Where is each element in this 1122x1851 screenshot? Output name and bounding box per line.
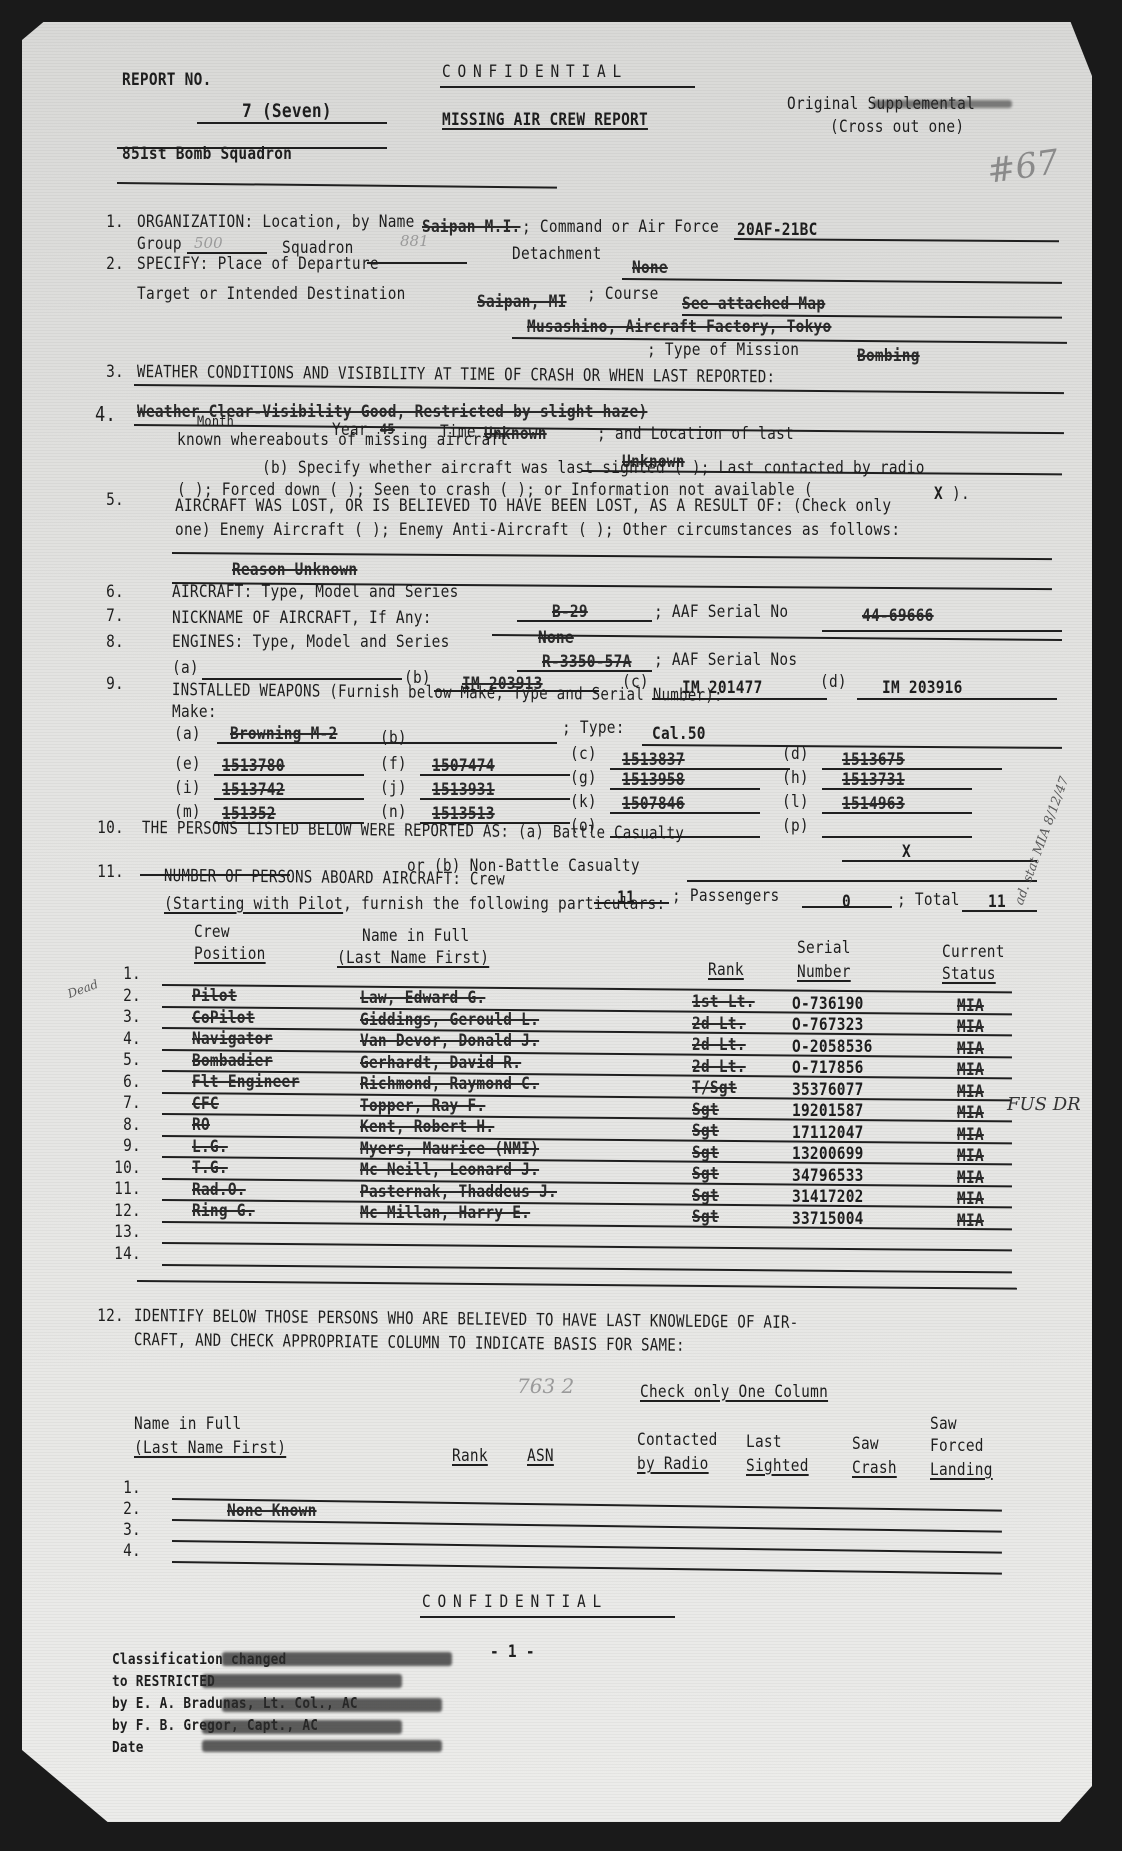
cause-line-1: AIRCRAFT WAS LOST, OR IS BELIEVED TO HAV… — [175, 496, 891, 516]
engines-label: ENGINES: Type, Model and Series — [172, 632, 450, 652]
stamp-line: to RESTRICTED — [112, 1672, 215, 1690]
weapon-serial: 1507474 — [432, 756, 495, 776]
col-position-1: Crew — [194, 922, 230, 942]
passengers-count: 0 — [842, 892, 851, 912]
section-number: 11. — [90, 862, 124, 882]
weapon-serial: 1513742 — [222, 780, 285, 800]
section-number: 3. — [90, 362, 124, 382]
crew-position: T.G. — [192, 1158, 228, 1178]
group-value: 500 — [194, 234, 223, 252]
persons-aboard-label: NUMBER OF PERSONS ABOARD AIRCRAFT: Crew — [164, 866, 505, 890]
footer-classification: CONFIDENTIAL — [422, 1592, 608, 1612]
section-number: 9. — [90, 674, 124, 694]
detachment-label: Detachment — [512, 244, 602, 264]
row-number: 14. — [107, 1244, 141, 1264]
row-number: 12. — [107, 1201, 141, 1221]
weapon-key-a: (a) — [174, 724, 201, 744]
crew-name: Mc Millan, Harry E. — [360, 1203, 530, 1223]
weapon-serial: 1513837 — [622, 750, 685, 770]
total-count: 11 — [988, 892, 1006, 912]
crew-position: RO — [192, 1115, 210, 1135]
col12-asn: ASN — [527, 1446, 554, 1466]
col-status-1: Current — [942, 942, 1005, 962]
identify-line-2: CRAFT, AND CHECK APPROPRIATE COLUMN TO I… — [134, 1330, 685, 1356]
weapon-key: (h) — [782, 768, 809, 788]
section-number: 1. — [90, 212, 124, 232]
crew-position: Flt Engineer — [192, 1072, 299, 1092]
weapon-key: (c) — [570, 744, 597, 764]
col-name-1: Name in Full — [362, 926, 469, 946]
detachment-value: None — [632, 258, 668, 278]
crew-name: Topper, Ray F. — [360, 1096, 485, 1116]
weapon-key: (i) — [174, 778, 201, 798]
row-number: 13. — [107, 1222, 141, 1242]
crew-rank: Sgt — [692, 1207, 719, 1227]
nickname-label: NICKNAME OF AIRCRAFT, If Any: — [172, 608, 432, 628]
crew-position: L.G. — [192, 1137, 228, 1157]
make-label: Make: — [172, 702, 217, 722]
squadron-value: 881 — [400, 232, 429, 250]
closing-paren: ). — [952, 484, 970, 504]
instruction-underlined: (Starting with Pilot — [164, 894, 343, 914]
crew-serial: 17112047 — [792, 1123, 864, 1143]
instruction-rest: , furnish the following particulars: — [343, 894, 665, 914]
crew-name: Myers, Maurice (NMI) — [360, 1139, 539, 1159]
check-one-column: Check only One Column — [640, 1382, 828, 1402]
organization-location: Saipan M.I. — [422, 217, 521, 237]
crew-rank: 2d Lt. — [692, 1035, 746, 1055]
col12-radio-1: Contacted — [637, 1430, 718, 1450]
cause-line-2: one) Enemy Aircraft ( ); Enemy Anti-Airc… — [175, 520, 900, 540]
section-number: 2. — [90, 254, 124, 274]
page-number: - 1 - — [490, 1642, 535, 1662]
weapon-key: (k) — [570, 792, 597, 812]
margin-note-row7: FUS DR — [1007, 1094, 1081, 1115]
header-classification: CONFIDENTIAL — [442, 62, 628, 82]
row-number: 2. — [107, 1499, 141, 1519]
crew-name: Richmond, Raymond C. — [360, 1074, 539, 1094]
total-label: ; Total — [897, 890, 960, 910]
engine-a-label: (a) — [172, 658, 199, 678]
section-number: 4. — [82, 402, 116, 426]
col12-rank: Rank — [452, 1446, 488, 1466]
course-label: ; Course — [587, 284, 659, 304]
cross-out-note: (Cross out one) — [830, 117, 964, 137]
row-number: 1. — [107, 1478, 141, 1498]
weapon-key: (d) — [782, 744, 809, 764]
crew-position: CoPilot — [192, 1008, 255, 1028]
crew-name: Mc Neill, Leonard J. — [360, 1160, 539, 1180]
info-not-available-check: X — [934, 484, 943, 504]
row-number: 5. — [107, 1050, 141, 1070]
passengers-label: ; Passengers — [672, 886, 779, 906]
weather-label: WEATHER CONDITIONS AND VISIBILITY AT TIM… — [137, 362, 775, 387]
margin-note-left: Dead — [66, 977, 100, 1001]
col12-crash-2: Crash — [852, 1458, 897, 1478]
weapon-serial: 1513780 — [222, 756, 285, 776]
weapon-serial: 1513675 — [842, 750, 905, 770]
crew-position: Navigator — [192, 1029, 273, 1049]
target-label: Target or Intended Destination — [137, 284, 406, 304]
weapon-serial: 1513931 — [432, 780, 495, 800]
col12-name-1: Name in Full — [134, 1414, 241, 1434]
stamp-line: Date — [112, 1738, 144, 1756]
crew-rank: 1st Lt. — [692, 992, 755, 1012]
nickname-value: None — [538, 628, 574, 648]
margin-note-status: ad. stat MIA 8/12/47 — [1012, 761, 1077, 907]
weapon-key: (f) — [380, 754, 407, 774]
weapon-serial: 1513731 — [842, 770, 905, 790]
row-number: 3. — [107, 1007, 141, 1027]
row-number: 4. — [107, 1029, 141, 1049]
departure-value: Saipan, MI — [477, 292, 567, 312]
weapon-key: (p) — [782, 816, 809, 836]
crew-serial: 33715004 — [792, 1209, 864, 1229]
weapon-key: (j) — [380, 778, 407, 798]
row-number: 3. — [107, 1520, 141, 1540]
weapon-make: Browning M-2 — [230, 724, 337, 744]
row-number: 1. — [107, 964, 141, 984]
weapon-key: (g) — [570, 768, 597, 788]
crew-name: Pasternak, Thaddeus J. — [360, 1182, 557, 1202]
cause-reason: Reason Unknown — [232, 560, 357, 580]
crew-name: Gerhardt, David R. — [360, 1053, 521, 1073]
crew-rank: Sgt — [692, 1121, 719, 1141]
weapon-type-label: ; Type: — [562, 718, 625, 738]
group-label: Group — [137, 234, 182, 254]
col12-crash-1: Saw — [852, 1434, 879, 1454]
crew-position: Bombadier — [192, 1051, 273, 1071]
crew-serial: O-2058536 — [792, 1037, 873, 1057]
casualty-label: THE PERSONS LISTED BELOW WERE REPORTED A… — [142, 818, 684, 844]
section-number: 7. — [90, 606, 124, 626]
col-name-2: (Last Name First) — [337, 948, 489, 968]
weapon-key: (n) — [380, 802, 407, 822]
pencil-note: 763 2 — [517, 1374, 574, 1398]
aircraft-type-value: B-29 — [552, 602, 588, 622]
section-number: 8. — [90, 632, 124, 652]
aircraft-type-label: AIRCRAFT: Type, Model and Series — [172, 582, 459, 602]
departure-label: SPECIFY: Place of Departure — [137, 254, 379, 274]
crew-rank: Sgt — [692, 1164, 719, 1184]
col12-sighted-2: Sighted — [746, 1456, 809, 1476]
row-number: 10. — [107, 1158, 141, 1178]
command-value: 20AF-21BC — [737, 220, 818, 240]
handwritten-number: #67 — [985, 142, 1062, 192]
battle-casualty-value: X — [902, 842, 911, 862]
crew-position: Pilot — [192, 986, 237, 1006]
report-no-label: REPORT NO. — [122, 70, 212, 90]
row-number: 4. — [107, 1541, 141, 1561]
row-number: 6. — [107, 1072, 141, 1092]
command-label: ; Command or Air Force — [522, 217, 719, 237]
crew-serial: 34796533 — [792, 1166, 864, 1186]
col-serial-2: Number — [797, 962, 851, 982]
target-value: Musashino, Aircraft Factory, Tokyo — [527, 317, 831, 337]
crew-serial: 35376077 — [792, 1080, 864, 1100]
col12-forced-3: Landing — [930, 1460, 993, 1480]
row-number: 7. — [107, 1093, 141, 1113]
col12-name-2: (Last Name First) — [134, 1438, 286, 1458]
engine-d-label: (d) — [820, 672, 847, 692]
unit-name: 851st Bomb Squadron — [122, 144, 292, 164]
section-number: 5. — [90, 490, 124, 510]
identify-line-1: IDENTIFY BELOW THOSE PERSONS WHO ARE BEL… — [134, 1306, 799, 1333]
col12-forced-2: Forced — [930, 1436, 984, 1456]
col12-radio-2: by Radio — [637, 1454, 709, 1474]
col-position-2: Position — [194, 944, 266, 964]
organization-label: ORGANIZATION: Location, by Name — [137, 212, 415, 232]
aircraft-serial-value: 44-69666 — [862, 606, 934, 626]
col12-forced-1: Saw — [930, 1414, 957, 1434]
month-label: Month — [197, 414, 234, 430]
row-number: 2. — [107, 986, 141, 1006]
weapon-key: (e) — [174, 754, 201, 774]
row-number: 9. — [107, 1136, 141, 1156]
col-rank: Rank — [708, 960, 744, 980]
crew-name: Van Devor, Donald J. — [360, 1031, 539, 1051]
b-instruction-1: (b) Specify whether aircraft was last si… — [262, 458, 925, 478]
weapon-key: (l) — [782, 792, 809, 812]
instruction-line: (Starting with Pilot, furnish the follow… — [164, 894, 665, 914]
crew-name: Giddings, Gerould L. — [360, 1010, 539, 1030]
crew-rank: T/Sgt — [692, 1078, 737, 1098]
location-label-part: ; and Location of last — [597, 424, 794, 444]
engines-value: R-3350-57A — [542, 652, 632, 672]
section-number: 10. — [90, 818, 124, 838]
col12-sighted-1: Last — [746, 1432, 782, 1452]
col-status-2: Status — [942, 964, 996, 984]
course-value: See attached Map — [682, 294, 825, 314]
section-number: 12. — [90, 1306, 124, 1326]
weapon-serial: 1513958 — [622, 770, 685, 790]
crew-position: Ring G. — [192, 1201, 255, 1221]
crew-position: CFC — [192, 1094, 219, 1114]
aircraft-serial-label: ; AAF Serial No — [654, 602, 788, 622]
crew-name: Kent, Robert H. — [360, 1117, 494, 1137]
crew-name: Law, Edward G. — [360, 988, 485, 1008]
crew-serial: O-736190 — [792, 994, 864, 1014]
location-label-part2: known whereabouts of missing aircraft — [177, 430, 508, 450]
row-number: 8. — [107, 1115, 141, 1135]
knowledge-name: None Known — [227, 1501, 317, 1521]
weapon-serial: 1514963 — [842, 794, 905, 814]
weapon-key-b: (b) — [380, 728, 407, 748]
row-number: 11. — [107, 1179, 141, 1199]
section-number: 6. — [90, 582, 124, 602]
engine-serials-label: ; AAF Serial Nos — [654, 650, 797, 670]
document-page: REPORT NO. 7 (Seven) 851st Bomb Squadron… — [22, 22, 1092, 1822]
col-serial-1: Serial — [797, 938, 851, 958]
engine-d-value: IM 203916 — [882, 678, 963, 698]
report-title: MISSING AIR CREW REPORT — [442, 110, 648, 130]
crew-position: Rad.O. — [192, 1180, 246, 1200]
report-no-value: 7 (Seven) — [242, 100, 332, 122]
mission-type-label: ; Type of Mission — [647, 340, 799, 360]
mission-type-value: Bombing — [857, 346, 920, 366]
weapon-serial: 1507846 — [622, 794, 685, 814]
weapon-type-value: Cal.50 — [652, 724, 706, 744]
